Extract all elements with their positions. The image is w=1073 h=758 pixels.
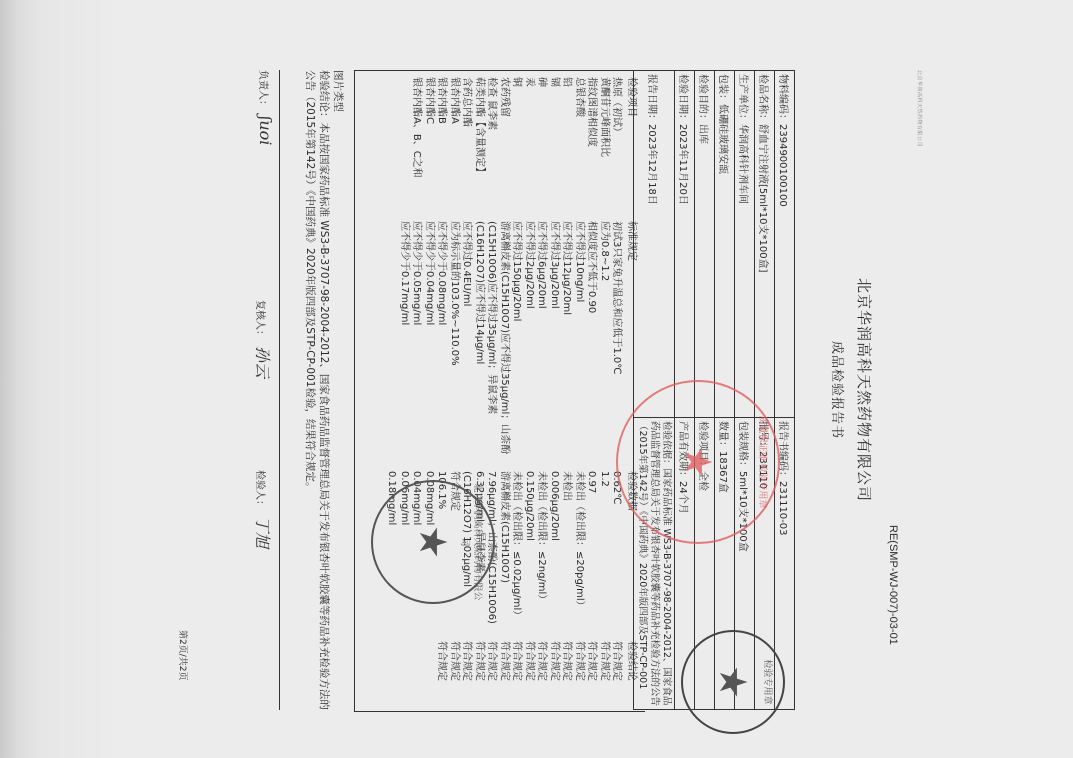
report-title: 成品检验报告书 <box>829 70 848 710</box>
table-result: 未检出（检出限：≤0.02μg/ml） <box>510 471 523 631</box>
table-conclusion: 符合规定 <box>610 641 623 711</box>
responsible-handwriting: ʃuoi <box>256 116 275 145</box>
star-icon: ★ <box>411 525 455 559</box>
table-conclusion: 符合规定 <box>523 641 536 711</box>
table-standard: 游离槲皮素(C15H10O7)应不得过35μg/ml；山柰酚(C15H10O6)… <box>473 221 511 471</box>
inspector-label: 检验人： <box>254 470 265 510</box>
table-conclusion: 符合规定 <box>598 641 611 711</box>
table-standard: 应不得少于0.05mg/ml <box>410 221 423 471</box>
table-item: 铅 <box>560 77 573 207</box>
inspection-purpose: 检验目的：出库 <box>695 71 715 418</box>
reviewer-signature: 复核人：孙云 <box>252 300 275 378</box>
header-item: 检验项目 <box>625 77 638 207</box>
table-item: 萜类内酯【含量测定】 <box>473 77 486 207</box>
table-result: 0.006μg/20ml <box>548 471 561 631</box>
inspection-date: 检验日期：2023年11月20日 <box>675 71 695 418</box>
table-standard: 应不得过150μg/20ml <box>510 221 523 471</box>
product-name: 检品名称：舒血宁注射液[5ml*10支*100盒] <box>755 71 775 418</box>
table-standard: 应为0.8~1.2 <box>598 221 611 471</box>
table-conclusion: 符合规定 <box>498 641 511 711</box>
star-icon: ★ <box>676 445 720 479</box>
company-name: 北京华润高科天然药物有限公司 <box>854 70 875 710</box>
package-type: 包装：低硼硅玻璃安瓿 <box>715 71 735 418</box>
table-item: 银杏内酯C <box>423 77 436 207</box>
table-result: 未检出 <box>560 471 573 631</box>
table-conclusion: 符合规定 <box>435 641 448 711</box>
reviewer-handwriting: 孙云 <box>253 346 272 378</box>
table-standard: 应为标示量的103.0%~110.0% <box>448 221 461 471</box>
table-standard: 相似度应不低于0.90 <box>585 221 598 471</box>
table-item: 含药总内酯 <box>460 77 473 207</box>
table-item: 银杏内酯A、B、C之和 <box>410 77 423 207</box>
items-column: 检验项目 热原（初试）黄酮苷元峰面积比指纹图谱相似度总银杏酸铅镉砷汞铜农药残留检… <box>410 77 637 207</box>
standards-column: 标准规定 初试3只家兔升温总和应低于1.0℃应为0.8~1.2相似度应不低于0.… <box>398 221 638 471</box>
table-conclusion: 符合规定 <box>510 641 523 711</box>
table-result: 未检出（检出限：≤2ng/ml） <box>535 471 548 631</box>
table-conclusion: 符合规定 <box>548 641 561 711</box>
table-item: 检查 鼠李素 <box>485 77 498 207</box>
table-item: 黄酮苷元峰面积比 <box>598 77 611 207</box>
table-item: 总银杏酸 <box>573 77 586 207</box>
table-standard: 应不得过6μg/20ml <box>535 221 548 471</box>
table-standard: 应不得少于0.08mg/ml <box>435 221 448 471</box>
table-standard: 应不得过3μg/20ml <box>548 221 561 471</box>
table-conclusion: 符合规定 <box>485 641 498 711</box>
table-conclusion: 符合规定 <box>573 641 586 711</box>
table-item: 汞 <box>523 77 536 207</box>
table-result: 0.62℃ <box>610 471 623 631</box>
table-conclusion: 符合规定 <box>585 641 598 711</box>
table-item: 农药残留 <box>498 77 511 207</box>
table-item: 银杏内酯B <box>435 77 448 207</box>
conclusion-block: 图片类型 检验结论：本品按国家药品标准 WS3-B-3707-98-2004-2… <box>303 70 345 710</box>
table-standard: 应不得少于0.04mg/ml <box>423 221 436 471</box>
table-result: 0.97 <box>585 471 598 631</box>
table-item: 热原（初试） <box>610 77 623 207</box>
reviewer-label: 复核人： <box>254 300 265 340</box>
qa-stamp-text: 质量保证部 检验专用章 <box>757 382 770 542</box>
table-standard: 应不得过10ng/ml <box>573 221 586 471</box>
conclusion-text: 检验结论：本品按国家药品标准 WS3-B-3707-98-2004-2012、国… <box>303 70 331 710</box>
header-conclusion: 检验结论 <box>625 641 638 711</box>
table-item: 铜 <box>510 77 523 207</box>
small-print-header: 北京华润高科天然药物有限公司 <box>916 70 923 147</box>
producer: 生产单位：华润高科针剂车间 <box>735 71 755 418</box>
material-code: 物料编码：2394900100100 <box>775 71 795 418</box>
conclusions-list: 符合规定符合规定符合规定符合规定符合规定符合规定符合规定符合规定符合规定符合规定… <box>435 641 623 711</box>
inspection-report-sheet: 北京华润高科天然药物有限公司 RE(SMP-WJ-007)-03-01 北京华润… <box>105 70 935 710</box>
table-conclusion: 符合规定 <box>560 641 573 711</box>
table-standard: 应不得过0.4EU/ml <box>460 221 473 471</box>
table-item: 指纹图谱相似度 <box>585 77 598 207</box>
table-standard: 应不得少于0.17mg/ml <box>398 221 411 471</box>
table-conclusion: 符合规定 <box>473 641 486 711</box>
results-table: 检验项目 热原（初试）黄酮苷元峰面积比指纹图谱相似度总银杏酸铅镉砷汞铜农药残留检… <box>354 70 645 712</box>
responsible-label: 负责人： <box>257 70 268 110</box>
qa-red-stamp: 质量保证部 检验专用章 ★ <box>616 380 780 544</box>
signature-divider <box>279 70 280 710</box>
table-result: 未检出（检出限：≤20pg/ml） <box>573 471 586 631</box>
table-result: 1.2 <box>598 471 611 631</box>
table-item: 银杏内酯A <box>448 77 461 207</box>
company-stamp-text: 北京华润高科天然药物有限公司 <box>459 482 485 602</box>
inspector-handwriting: 丁旭 <box>253 516 272 548</box>
table-standard: 应不得过12μg/20ml <box>560 221 573 471</box>
table-conclusion: 符合规定 <box>460 641 473 711</box>
table-item: 镉 <box>548 77 561 207</box>
inspector-signature: 检验人：丁旭 <box>252 470 275 548</box>
table-result: 0.150μg/20ml <box>523 471 536 631</box>
table-item: 砷 <box>535 77 548 207</box>
responsible-signature: 负责人：ʃuoi <box>256 70 275 145</box>
table-conclusion: 符合规定 <box>535 641 548 711</box>
table-conclusion: 符合规定 <box>448 641 461 711</box>
star-icon: ★ <box>711 665 755 699</box>
company-stamp: 北京华润高科天然药物有限公司 ★ <box>371 480 495 604</box>
conclusions-column: 检验结论 符合规定符合规定符合规定符合规定符合规定符合规定符合规定符合规定符合规… <box>435 641 637 711</box>
page-number: 第2页/共2页 <box>177 630 190 681</box>
inspection-seal-text: 检验专用章 <box>762 632 775 732</box>
items-list: 热原（初试）黄酮苷元峰面积比指纹图谱相似度总银杏酸铅镉砷汞铜农药残留检查 鼠李素… <box>410 77 623 207</box>
inspection-seal-stamp: 检验专用章 ★ <box>681 630 785 734</box>
image-type-label: 图片类型 <box>331 70 345 710</box>
document-reference: RE(SMP-WJ-007)-03-01 <box>887 525 899 645</box>
standards-list: 初试3只家兔升温总和应低于1.0℃应为0.8~1.2相似度应不低于0.90应不得… <box>398 221 623 471</box>
table-standard: 应不得过2μg/20ml <box>523 221 536 471</box>
